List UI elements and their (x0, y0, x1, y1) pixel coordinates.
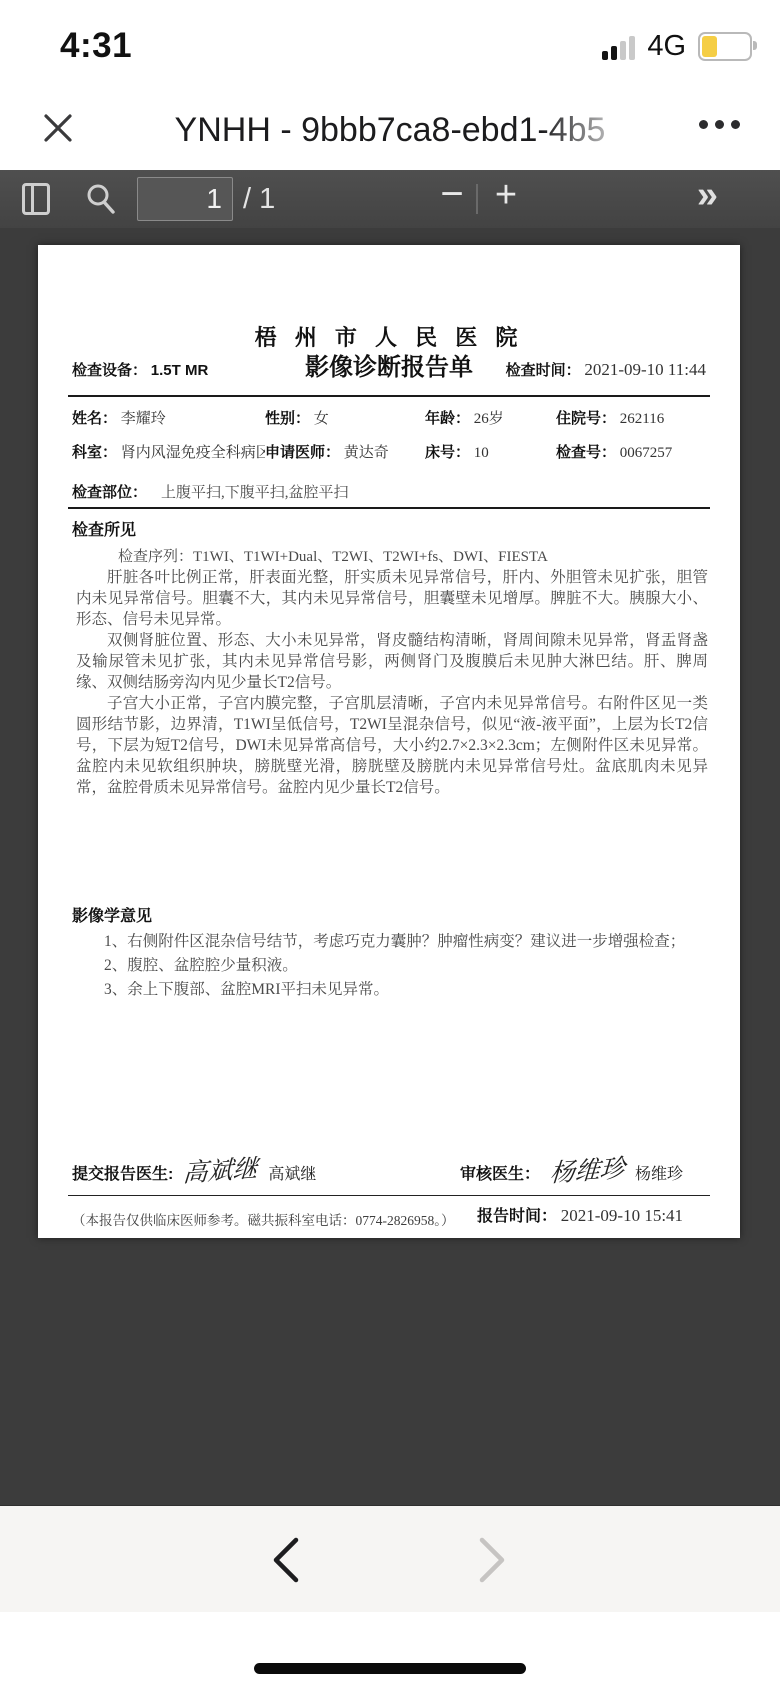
submit-doctor-field: 提交报告医生:高斌继高斌继 (72, 1151, 316, 1187)
clock-time: 4:31 (60, 26, 132, 66)
field-department: 科室： 肾内风湿免疫全科病区 (72, 441, 265, 462)
divider (68, 395, 710, 397)
bottom-navigation-bar (0, 1505, 780, 1613)
pdf-page: 梧 州 市 人 民 医 院 检查设备： 1.5T MR 影像诊断报告单 检查时间… (38, 245, 740, 1238)
divider (68, 507, 710, 509)
findings-text: 肝脏各叶比例正常，肝表面光整，肝实质未见异常信号，肝内、外胆管未见扩张，胆管内未… (76, 567, 708, 798)
field-body-part: 检查部位：上腹平扫,下腹平扫,盆腔平扫 (72, 481, 349, 502)
field-physician: 申请医师： 黄达奇 (265, 441, 425, 462)
opinion-list: 1、右侧附件区混杂信号结节，考虑巧克力囊肿？肿瘤性病变？建议进一步增强检查； 2… (104, 931, 708, 1003)
divider (68, 1195, 710, 1196)
opinion-heading: 影像学意见 (72, 903, 152, 926)
opinion-item: 1、右侧附件区混杂信号结节，考虑巧克力囊肿？肿瘤性病变？建议进一步增强检查； (104, 931, 708, 953)
field-exam-no: 检查号： 0067257 (556, 441, 710, 462)
opinion-item: 2、腹腔、盆腔腔少量积液。 (104, 955, 708, 977)
findings-heading: 检查所见 (72, 517, 136, 540)
footer-note: （本报告仅供临床医师参考。磁共振科室电话：0774-2826958。） (72, 1209, 455, 1229)
findings-paragraph: 肝脏各叶比例正常，肝表面光整，肝实质未见异常信号，肝内、外胆管未见扩张，胆管内未… (76, 567, 708, 630)
findings-paragraph: 子宫大小正常，子宫内膜完整，子宫肌层清晰，子宫内未见异常信号。右附件区见一类圆形… (76, 693, 708, 798)
navigation-bar: YNHH - 9bbb7ca8-ebd1-4b5 (0, 90, 780, 170)
back-chevron-icon[interactable] (262, 1534, 310, 1586)
field-bed-no: 床号： 10 (425, 441, 556, 462)
pdf-toolbar: / 1 − + » (0, 170, 780, 229)
network-type-label: 4G (647, 30, 686, 63)
more-options-icon[interactable] (699, 120, 740, 129)
exam-time-field: 检查时间： 2021-09-10 11:44 (506, 359, 706, 380)
toolbar-divider (476, 184, 478, 214)
patient-info-grid: 姓名： 李耀玲 性别： 女 年龄： 26岁 住院号： 262116 科室： 肾内… (72, 407, 710, 462)
home-indicator-area (0, 1612, 780, 1688)
sequence-line: 检查序列：T1WI、T1WI+Dual、T2WI、T2WI+fs、DWI、FIE… (118, 545, 548, 566)
field-inpatient-no: 住院号： 262116 (556, 407, 710, 428)
document-title: YNHH - 9bbb7ca8-ebd1-4b5 (120, 111, 660, 150)
sidebar-toggle-icon[interactable] (22, 183, 50, 215)
zoom-in-button[interactable]: + (484, 174, 528, 217)
cellular-signal-icon (602, 34, 635, 60)
battery-icon (698, 32, 752, 61)
secondary-toolbar-toggle-icon[interactable]: » (697, 174, 718, 217)
signature-row: 提交报告医生:高斌继高斌继 审核医生：杨维珍杨维珍 (72, 1145, 710, 1191)
page-total-label: / 1 (243, 183, 275, 216)
field-age: 年龄： 26岁 (425, 407, 556, 428)
report-time-field: 报告时间： 2021-09-10 15:41 (477, 1203, 683, 1226)
opinion-item: 3、余上下腹部、盆腔MRI平扫未见异常。 (104, 979, 708, 1001)
home-indicator[interactable] (254, 1663, 526, 1674)
forward-chevron-icon[interactable] (468, 1534, 516, 1586)
submit-doctor-signature: 高斌继 (182, 1148, 259, 1189)
zoom-out-button[interactable]: − (430, 172, 474, 217)
field-name: 姓名： 李耀玲 (72, 407, 265, 428)
field-sex: 性别： 女 (265, 407, 425, 428)
status-bar: 4:31 4G (0, 0, 780, 90)
review-doctor-signature: 杨维珍 (549, 1148, 626, 1189)
search-icon[interactable] (84, 182, 118, 216)
review-doctor-field: 审核医生：杨维珍杨维珍 (460, 1151, 683, 1187)
pdf-viewer-canvas[interactable]: 梧 州 市 人 民 医 院 检查设备： 1.5T MR 影像诊断报告单 检查时间… (0, 228, 780, 1505)
page-number-input[interactable] (137, 177, 233, 221)
close-icon[interactable] (36, 106, 80, 150)
findings-paragraph: 双侧肾脏位置、形态、大小未见异常，肾皮髓结构清晰，肾周间隙未见异常，肾盂肾盏及输… (76, 630, 708, 693)
